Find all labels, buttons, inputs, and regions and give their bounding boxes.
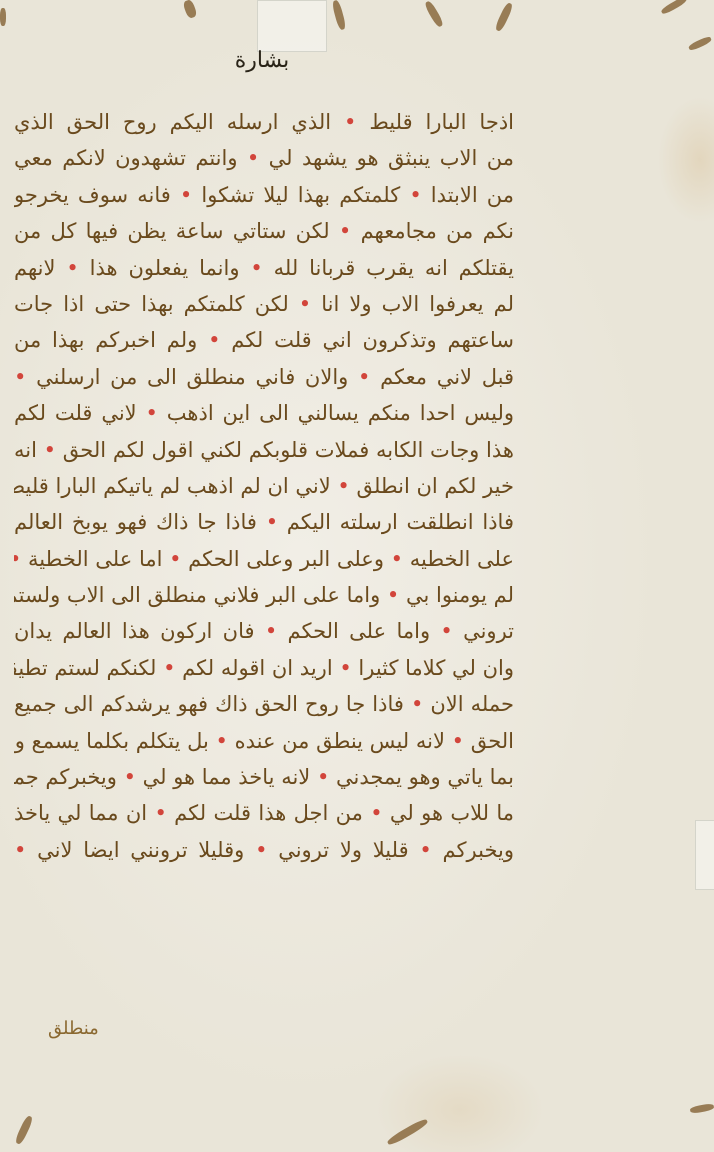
text-line: على الخطيه • وعلى البر وعلى الحكم • اما … bbox=[14, 541, 514, 577]
text-line: الحق • لانه ليس ينطق من عنده • بل يتكلم … bbox=[14, 723, 514, 759]
text-line: وليس احدا منكم يسالني الى اين اذهب • لان… bbox=[14, 395, 514, 431]
wormhole-damage bbox=[182, 0, 198, 19]
rubric-dot: • bbox=[14, 365, 26, 389]
rubric-dot: • bbox=[411, 692, 423, 716]
wormhole-damage bbox=[690, 1103, 714, 1114]
catchword: منطلق bbox=[48, 1018, 99, 1039]
rubric-dot: • bbox=[154, 801, 166, 825]
rubric-dot: • bbox=[339, 656, 351, 680]
manuscript-text-block: اذجا البارا قليط • الذي ارسله اليكم روح … bbox=[14, 104, 514, 868]
rubric-dot: • bbox=[358, 365, 370, 389]
rubric-dot: • bbox=[370, 801, 382, 825]
text-line: خير لكم ان انطلق • لاني ان لم اذهب لم يا… bbox=[14, 468, 514, 504]
wormhole-damage bbox=[688, 35, 713, 51]
rubric-dot: • bbox=[440, 619, 452, 643]
rubric-dot: • bbox=[14, 547, 21, 571]
rubric-dot: • bbox=[265, 619, 277, 643]
page-heading: بشارة bbox=[232, 48, 292, 73]
rubric-dot: • bbox=[419, 838, 431, 862]
rubric-dot: • bbox=[250, 256, 262, 280]
rubric-dot: • bbox=[339, 219, 351, 243]
text-line: فاذا انطلقت ارسلته اليكم • فاذا جا ذاك ف… bbox=[14, 504, 514, 540]
text-line: حمله الان • فاذا جا روح الحق ذاك فهو يرش… bbox=[14, 686, 514, 722]
text-line: ساعتهم وتذكرون اني قلت لكم • ولم اخبركم … bbox=[14, 322, 514, 358]
rubric-dot: • bbox=[44, 438, 56, 462]
rubric-dot: • bbox=[344, 110, 356, 134]
rubric-dot: • bbox=[299, 292, 311, 316]
text-line: هذا وجات الكابه فملات قلوبكم لكني اقول ل… bbox=[14, 432, 514, 468]
rubric-dot: • bbox=[391, 547, 403, 571]
text-line: نكم من مجامعهم • لكن ستاتي ساعة يظن فيها… bbox=[14, 213, 514, 249]
tape-patch-right bbox=[695, 820, 714, 890]
text-line: من الابتدا • كلمتكم بهذا ليلا تشكوا • فا… bbox=[14, 177, 514, 213]
text-line: وان لي كلاما كثيرا • اريد ان اقوله لكم •… bbox=[14, 650, 514, 686]
rubric-dot: • bbox=[14, 838, 26, 862]
wormhole-damage bbox=[386, 1117, 429, 1146]
rubric-dot: • bbox=[216, 729, 228, 753]
wormhole-damage bbox=[0, 8, 6, 26]
tape-patch-top bbox=[257, 0, 327, 52]
text-line: بما ياتي وهو يمجدني • لانه ياخذ مما هو ل… bbox=[14, 759, 514, 795]
text-line: لم يعرفوا الاب ولا انا • لكن كلمتكم بهذا… bbox=[14, 286, 514, 322]
rubric-dot: • bbox=[180, 183, 192, 207]
rubric-dot: • bbox=[452, 729, 464, 753]
rubric-dot: • bbox=[66, 256, 78, 280]
rubric-dot: • bbox=[255, 838, 267, 862]
text-line: من الاب ينبثق هو يشهد لي • وانتم تشهدون … bbox=[14, 140, 514, 176]
text-line: يقتلكم انه يقرب قربانا لله • وانما يفعلو… bbox=[14, 250, 514, 286]
rubric-dot: • bbox=[266, 510, 278, 534]
text-line: اذجا البارا قليط • الذي ارسله اليكم روح … bbox=[14, 104, 514, 140]
rubric-dot: • bbox=[169, 547, 181, 571]
wormhole-damage bbox=[660, 0, 688, 16]
wormhole-damage bbox=[494, 2, 514, 33]
rubric-dot: • bbox=[409, 183, 421, 207]
text-line: لم يومنوا بي • واما على البر فلاني منطلق… bbox=[14, 577, 514, 613]
text-line: قبل لاني معكم • والان فاني منطلق الى من … bbox=[14, 359, 514, 395]
wormhole-damage bbox=[424, 0, 445, 28]
rubric-dot: • bbox=[337, 474, 349, 498]
text-line: ما للاب هو لي • من اجل هذا قلت لكم • ان … bbox=[14, 795, 514, 831]
wormhole-damage bbox=[14, 1115, 34, 1146]
text-line: ويخبركم • قليلا ولا تروني • وقليلا ترونن… bbox=[14, 832, 514, 868]
rubric-dot: • bbox=[146, 401, 158, 425]
text-line: تروني • واما على الحكم • فان اركون هذا ا… bbox=[14, 613, 514, 649]
rubric-dot: • bbox=[317, 765, 329, 789]
rubric-dot: • bbox=[163, 656, 175, 680]
rubric-dot: • bbox=[387, 583, 399, 607]
manuscript-page: بشارة اذجا البارا قليط • الذي ارسله اليك… bbox=[0, 0, 714, 1152]
rubric-dot: • bbox=[124, 765, 136, 789]
wormhole-damage bbox=[331, 0, 346, 31]
rubric-dot: • bbox=[208, 328, 220, 352]
rubric-dot: • bbox=[247, 146, 259, 170]
